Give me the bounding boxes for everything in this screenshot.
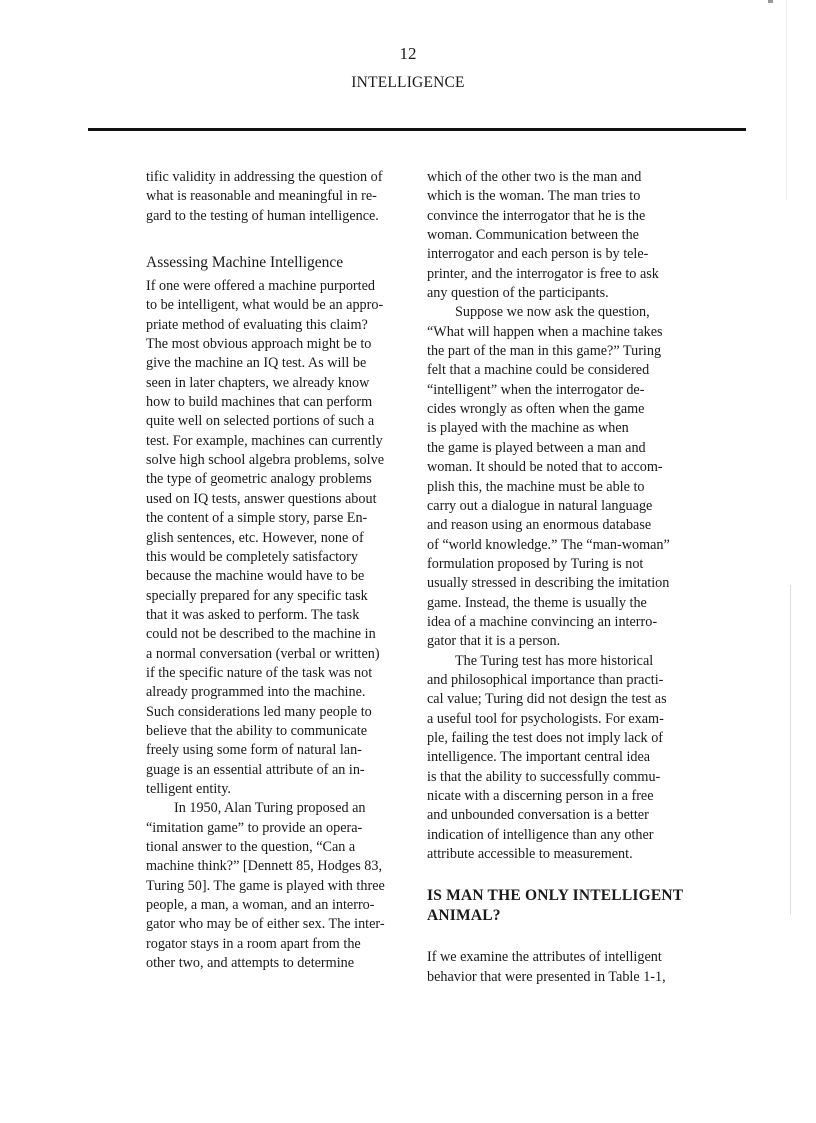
text-line: “What will happen when a machine takes [427,323,699,342]
text-line: felt that a machine could be considered [427,361,699,380]
text-line: test. For example, machines can currentl… [146,432,418,451]
paragraph-attributes: If we examine the attributes of intellig… [427,948,699,987]
text-line: convince the interrogator that he is the [427,207,699,226]
text-line: quite well on selected portions of such … [146,412,418,431]
scan-artifact [768,0,773,3]
text-line: machine think?” [Dennett 85, Hodges 83, [146,857,418,876]
text-line: gator who may be of either sex. The inte… [146,915,418,934]
text-line: idea of a machine convincing an interro- [427,613,699,632]
text-line: that it was asked to perform. The task [146,606,418,625]
text-line: solve high school algebra problems, solv… [146,451,418,470]
text-line: nicate with a discerning person in a fre… [427,787,699,806]
text-line: people, a man, a woman, and an interro- [146,896,418,915]
text-line: specially prepared for any specific task [146,587,418,606]
text-line: telligent entity. [146,780,418,799]
text-line: a normal conversation (verbal or written… [146,645,418,664]
text-line: and unbounded conversation is a better [427,806,699,825]
text-line: “intelligent” when the interrogator de- [427,381,699,400]
scan-edge-line [786,0,787,200]
text-line: any question of the participants. [427,284,699,303]
text-line: tific validity in addressing the questio… [146,168,418,187]
text-line: gard to the testing of human intelligenc… [146,207,418,226]
text-line: and philosophical importance than practi… [427,671,699,690]
text-line: how to build machines that can perform [146,393,418,412]
text-line: which is the woman. The man tries to [427,187,699,206]
text-line: ple, failing the test does not imply lac… [427,729,699,748]
text-line: of “world knowledge.” The “man-woman” [427,536,699,555]
text-line: could not be described to the machine in [146,625,418,644]
section-heading: IS MAN THE ONLY INTELLIGENT ANIMAL? [427,886,699,926]
intro-paragraph: tific validity in addressing the questio… [146,168,418,226]
text-line: attribute accessible to measurement. [427,845,699,864]
text-line: freely using some form of natural lan- [146,741,418,760]
header-rule [88,128,746,131]
text-line: woman. Communication between the [427,226,699,245]
text-line: already programmed into the machine. [146,683,418,702]
text-line: woman. It should be noted that to accom- [427,458,699,477]
paragraph-machine-iq: If one were offered a machine purported … [146,277,418,799]
text-line: cal value; Turing did not design the tes… [427,690,699,709]
text-line: the type of geometric analogy problems [146,470,418,489]
section-heading-line: ANIMAL? [427,906,699,926]
paragraph-game-rules: which of the other two is the man and wh… [427,168,699,303]
text-line: guage is an essential attribute of an in… [146,761,418,780]
text-line: give the machine an IQ test. As will be [146,354,418,373]
text-line: Turing 50]. The game is played with thre… [146,877,418,896]
right-column: which of the other two is the man and wh… [427,168,699,987]
paragraph-machine-takes-part: Suppose we now ask the question, “What w… [427,303,699,651]
text-line: tional answer to the question, “Can a [146,838,418,857]
page-number: 12 [0,44,816,64]
text-line: behavior that were presented in Table 1-… [427,968,699,987]
text-line: gator that it is a person. [427,632,699,651]
running-head: INTELLIGENCE [0,74,816,92]
paragraph-turing-test-importance: The Turing test has more historical and … [427,652,699,865]
text-line: because the machine would have to be [146,567,418,586]
text-line: If we examine the attributes of intellig… [427,948,699,967]
text-line: this would be completely satisfactory [146,548,418,567]
text-line: a useful tool for psychologists. For exa… [427,710,699,729]
text-line: used on IQ tests, answer questions about [146,490,418,509]
text-line: priate method of evaluating this claim? [146,316,418,335]
text-line: game. Instead, the theme is usually the [427,594,699,613]
text-line: If one were offered a machine purported [146,277,418,296]
paragraph-imitation-game: In 1950, Alan Turing proposed an “imitat… [146,799,418,973]
text-line: The most obvious approach might be to [146,335,418,354]
subsection-heading: Assessing Machine Intelligence [146,252,418,274]
text-line: usually stressed in describing the imita… [427,574,699,593]
text-line: and reason using an enormous database [427,516,699,535]
text-line: the game is played between a man and [427,439,699,458]
left-column: tific validity in addressing the questio… [146,168,418,973]
scan-edge-line [790,585,791,915]
text-line: if the specific nature of the task was n… [146,664,418,683]
text-line: rogator stays in a room apart from the [146,935,418,954]
text-line: is that the ability to successfully comm… [427,768,699,787]
section-heading-line: IS MAN THE ONLY INTELLIGENT [427,886,699,906]
text-line: plish this, the machine must be able to [427,478,699,497]
text-line: intelligence. The important central idea [427,748,699,767]
text-line: the content of a simple story, parse En- [146,509,418,528]
text-line: which of the other two is the man and [427,168,699,187]
text-line: to be intelligent, what would be an appr… [146,296,418,315]
text-line: seen in later chapters, we already know [146,374,418,393]
text-line: interrogator and each person is by tele- [427,245,699,264]
text-line: printer, and the interrogator is free to… [427,265,699,284]
text-line: is played with the machine as when [427,419,699,438]
text-line: Suppose we now ask the question, [427,303,699,322]
spacer [427,864,699,886]
text-line: “imitation game” to provide an opera- [146,819,418,838]
spacer [427,926,699,948]
text-line: formulation proposed by Turing is not [427,555,699,574]
text-line: Such considerations led many people to [146,703,418,722]
text-line: indication of intelligence than any othe… [427,826,699,845]
text-line: In 1950, Alan Turing proposed an [146,799,418,818]
text-line: believe that the ability to communicate [146,722,418,741]
text-line: The Turing test has more historical [427,652,699,671]
text-line: other two, and attempts to determine [146,954,418,973]
text-line: what is reasonable and meaningful in re- [146,187,418,206]
spacer [146,226,418,245]
text-line: carry out a dialogue in natural language [427,497,699,516]
text-line: cides wrongly as often when the game [427,400,699,419]
text-line: glish sentences, etc. However, none of [146,529,418,548]
text-line: the part of the man in this game?” Turin… [427,342,699,361]
